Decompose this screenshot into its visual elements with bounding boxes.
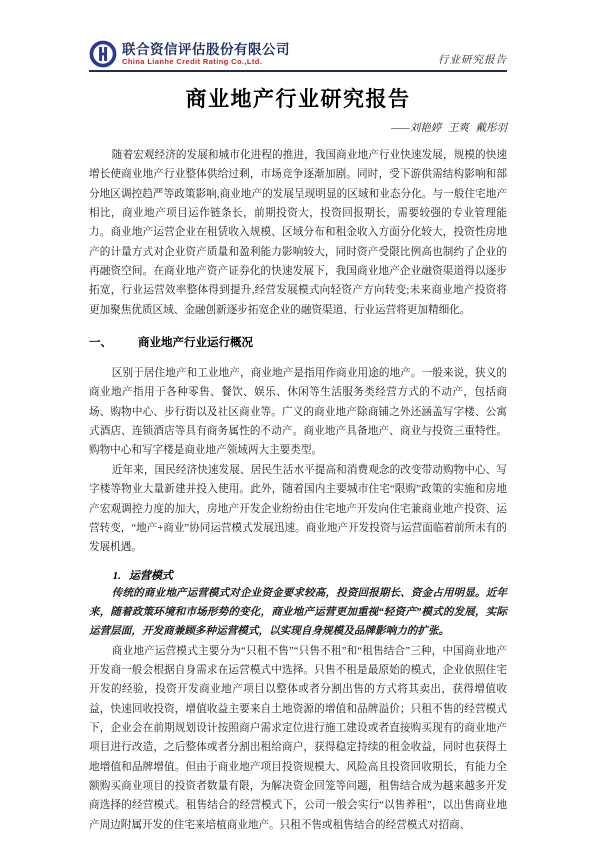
company-name-en: China Lianhe Credit Rating Co.,Ltd. (122, 58, 290, 66)
paragraph-intro: 随着宏观经济的发展和城市化进程的推进，我国商业地产行业快速发展，规模的快速增长使… (89, 146, 507, 320)
company-name-cn: 联合资信评估股份有限公司 (122, 43, 290, 57)
report-title: 商业地产行业研究报告 (89, 83, 507, 113)
section-1-heading: 一、商业地产行业运行概况 (89, 334, 507, 350)
section-1-number: 一、 (89, 337, 112, 349)
company-name-block: 联合资信评估股份有限公司 China Lianhe Credit Rating … (122, 43, 290, 66)
paragraph-mode-detail: 商业地产运营模式主要分为“只租不售”“只售不租”和“租售结合”三种，中国商业地产… (89, 642, 507, 835)
company-brand: 联合资信评估股份有限公司 China Lianhe Credit Rating … (89, 40, 290, 68)
subsection-1-heading: 1.运营模式 (89, 567, 507, 583)
lianhe-logo-icon (89, 40, 117, 68)
subsection-1-title: 运营模式 (129, 570, 173, 582)
subsection-1-number: 1. (113, 570, 121, 582)
paragraph-overview-2: 近年来，国民经济快速发展、居民生活水平提高和消费观念的改变带动购物中心、写字楼等… (89, 461, 507, 558)
authors-byline: ——刘艳婷 王爽 戴彤羽 (89, 120, 507, 135)
paragraph-overview-1: 区别于居住地产和工业地产，商业地产是指用作商业用途的地产。一般来说，狭义的商业地… (89, 364, 507, 461)
section-1-title: 商业地产行业运行概况 (138, 337, 253, 349)
report-page: 联合资信评估股份有限公司 China Lianhe Credit Rating … (0, 0, 595, 841)
report-body: 随着宏观经济的发展和城市化进程的推进，我国商业地产行业快速发展，规模的快速增长使… (89, 146, 507, 835)
paragraph-mode-summary: 传统的商业地产运营模式对企业资金要求较高，投资回报期长、资金占用明显。近年来，随… (89, 584, 507, 642)
page-header: 联合资信评估股份有限公司 China Lianhe Credit Rating … (89, 36, 507, 72)
doc-type-label: 行业研究报告 (438, 52, 507, 68)
